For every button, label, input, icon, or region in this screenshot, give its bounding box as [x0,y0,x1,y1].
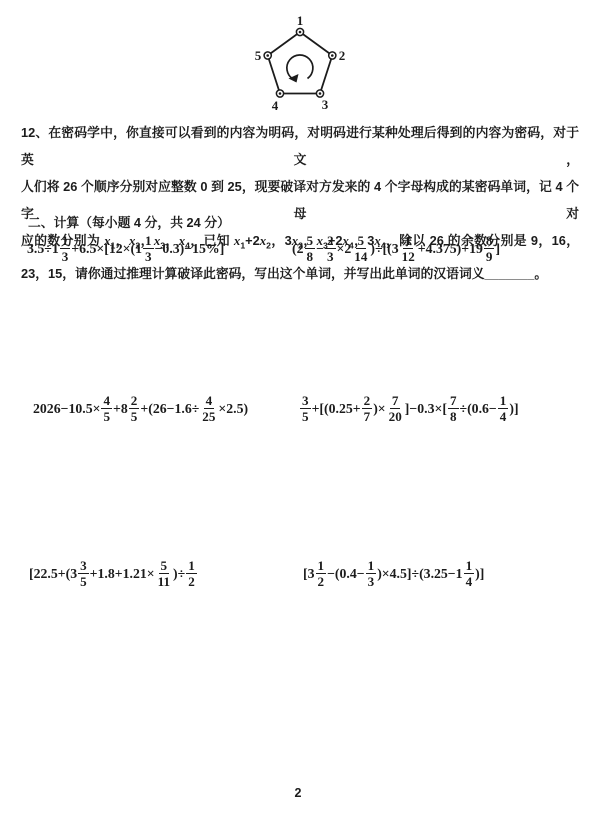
calc-problem-1: 3.5÷113+6.5×[12×(113−0.3)−15%] [27,230,224,268]
section-2-heading: 二、计算（每小题 4 分，共 24 分） [28,212,230,231]
vertex-node-1 [296,28,303,35]
vertex-node-5 [264,52,271,59]
calc-problem-4: 35+[(0.25+27)×720]−0.3×[78÷(0.6−14)] [299,390,519,428]
vertex-label-1: 1 [297,14,304,28]
pentagon-shape [268,32,333,94]
vertex-node-4 [276,90,283,97]
calc-problem-2: (258−23×2514)÷[(3112+4.375)+1989] [292,230,500,268]
calc-problem-5: [22.5+(335+1.8+1.21×511)÷12 [29,555,198,593]
calc-problem-3: 2026−10.5×45+825+(26−1.6÷425×2.5) [33,390,248,428]
vertex-label-3: 3 [322,97,329,112]
problem-12-line-1: 12、在密码学中，你直接可以看到的内容为明码，对明码进行某种处理后得到的内容为密… [21,119,579,173]
page-number: 2 [0,786,596,800]
pentagon-figure: 1 2 3 4 5 [243,14,359,116]
calc-problem-6: [312−(0.4−13)×4.5]÷(3.25−114)] [303,555,484,593]
vertex-label-5: 5 [255,48,262,63]
clockwise-arrow-icon [287,55,313,83]
vertex-node-2 [329,52,336,59]
vertex-label-4: 4 [272,98,279,113]
pentagon-diagram: 1 2 3 4 5 [243,14,359,116]
vertex-label-2: 2 [339,48,346,63]
worksheet-page: 1 2 3 4 5 12、在密码学中，你直接可以看到的内容为明码，对明码进行某种… [0,0,596,823]
